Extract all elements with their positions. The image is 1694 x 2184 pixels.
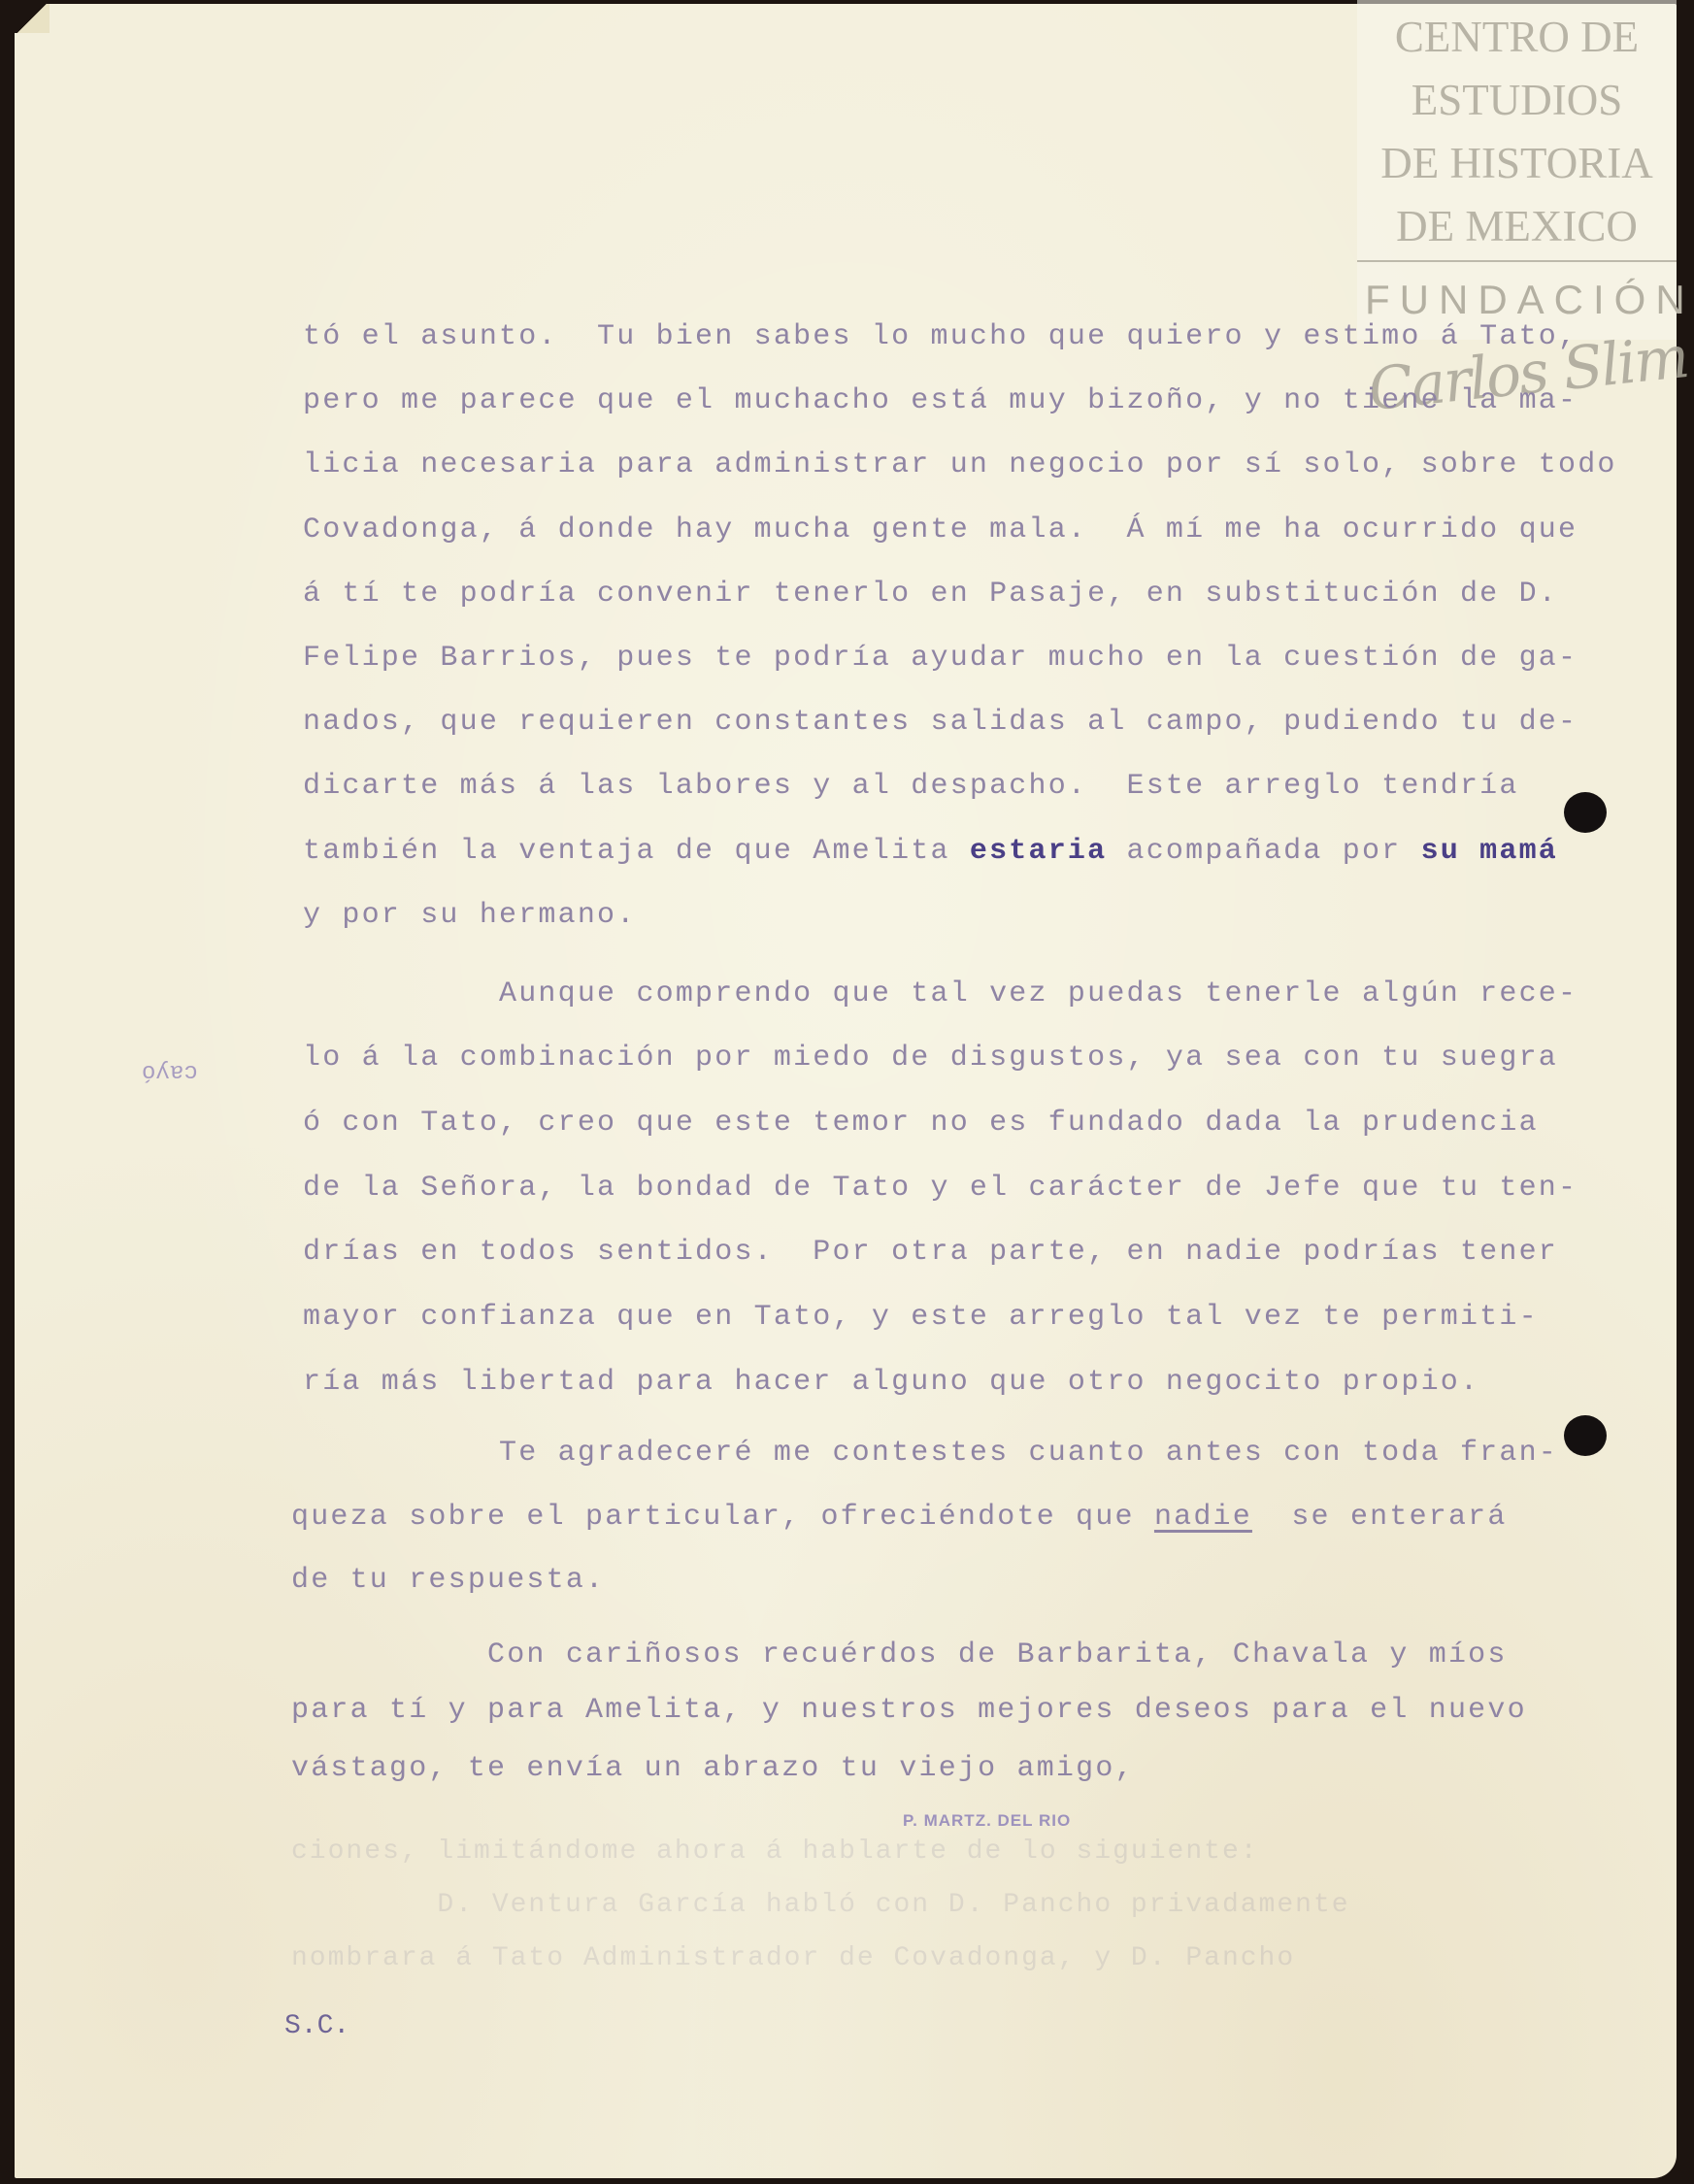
text-line: pero me parece que el muchacho está muy … (303, 384, 1578, 417)
text-line: licia necesaria para administrar un nego… (303, 448, 1617, 481)
text-line: Covadonga, á donde hay mucha gente mala.… (303, 513, 1578, 546)
text-line: de la Señora, la bondad de Tato y el car… (303, 1172, 1578, 1205)
text-span: queza sobre el particular, ofreciéndote … (291, 1501, 1154, 1534)
text-line: mayor confianza que en Tato, y este arre… (303, 1301, 1539, 1334)
punch-hole (1564, 1415, 1607, 1456)
watermark-line: DE MEXICO (1357, 195, 1677, 258)
text-line: ó con Tato, creo que este temor no es fu… (303, 1107, 1539, 1140)
text-line: Te agradeceré me contestes cuanto antes … (303, 1437, 1558, 1470)
text-span: se enterará (1252, 1501, 1508, 1534)
margin-note: cayó (142, 1058, 198, 1084)
text-line: lo á la combinación por miedo de disgust… (303, 1042, 1558, 1075)
punch-hole (1564, 792, 1607, 833)
text-line: dicarte más á las labores y al despacho.… (303, 770, 1519, 803)
underlined-word: nadie (1154, 1501, 1252, 1534)
text-span: acompañada por (1107, 835, 1420, 868)
text-line: para tí y para Amelita, y nuestros mejor… (291, 1694, 1527, 1727)
text-span: también la ventaja de que Amelita (303, 835, 970, 868)
text-line: y por su hermano. (303, 899, 636, 932)
watermark-divider (1357, 260, 1677, 262)
text-line: nados, que requieren constantes salidas … (303, 706, 1578, 739)
text-line: Felipe Barrios, pues te podría ayudar mu… (303, 642, 1578, 675)
signature-stamp: P. MARTZ. DEL RIO (903, 1811, 1071, 1831)
text-line: de tu respuesta. (291, 1564, 605, 1597)
initials: S.C. (284, 2011, 349, 2041)
watermark-line: DE HISTORIA (1357, 132, 1677, 195)
text-line: Con cariñosos recuérdos de Barbarita, Ch… (291, 1638, 1508, 1671)
text-line: queza sobre el particular, ofreciéndote … (291, 1501, 1508, 1534)
watermark-line: ESTUDIOS (1357, 69, 1677, 132)
text-line: también la ventaja de que Amelita estari… (303, 835, 1558, 868)
corrected-word: estaria (970, 835, 1107, 868)
text-line: ría más libertad para hacer alguno que o… (303, 1366, 1479, 1399)
text-line: vástago, te envía un abrazo tu viejo ami… (291, 1752, 1135, 1785)
watermark-fundacion: FUNDACIÓN (1365, 277, 1677, 323)
text-line: á tí te podría convenir tenerlo en Pasaj… (303, 578, 1558, 611)
text-line: Aunque comprendo que tal vez puedas tene… (303, 977, 1578, 1010)
corrected-word: su mamá (1421, 835, 1558, 868)
folded-corner (15, 4, 50, 33)
text-line: tó el asunto. Tu bien sabes lo mucho que… (303, 320, 1578, 353)
archive-watermark: CENTRO DE ESTUDIOS DE HISTORIA DE MEXICO… (1357, 0, 1677, 340)
text-line: drías en todos sentidos. Por otra parte,… (303, 1236, 1558, 1269)
watermark-line: CENTRO DE (1357, 6, 1677, 69)
bleed-through-text: ciones, limitándome ahora á hablarte de … (291, 1825, 1670, 2038)
